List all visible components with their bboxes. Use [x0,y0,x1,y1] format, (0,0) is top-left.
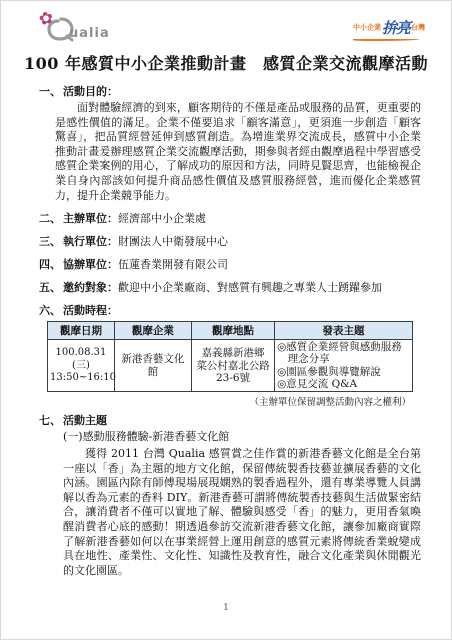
topic-item: ◎感質企業經營與感動服務理念分享 [277,341,410,366]
section-number: 七、 [39,414,63,428]
page-title: 100 年感質中小企業推動計畫 感質企業交流觀摩活動 [11,53,441,75]
theme-subtitle: (一)感動服務體驗-新港香藝文化館 [63,430,421,445]
col-header-date: 觀摩日期 [48,322,115,340]
smea-logo-left-text: 中小企業 [353,23,381,32]
page-number: 1 [1,603,451,613]
col-header-location: 觀摩地點 [191,322,274,340]
header: ✿ ualia 中小企業拚亮台灣 [1,1,451,49]
topic-item: ◎意見交流 Q&A [277,378,410,390]
section-number: 六、 [39,304,63,318]
qualia-logo: ✿ ualia [45,13,110,43]
section-label: 邀約對象： [63,281,118,295]
section-organizer: 二、 主辦單位： 經濟部中小企業處 [39,212,425,226]
section-value: 經濟部中小企業處 [118,212,206,226]
table-note: （主辦單位保留調整活動內容之權利） [1,394,411,408]
cell-topics: ◎感質企業經營與感動服務理念分享 ◎園區參觀與導覽解說 ◎意見交流 Q&A [275,340,413,392]
document-page: ✿ ualia 中小企業拚亮台灣 100 年感質中小企業推動計畫 感質企業交流觀… [0,0,452,640]
cell-date: 100.08.31 (三) 13:50~16:10 [48,340,115,392]
section-label: 活動目的： [63,85,118,99]
schedule-table: 觀摩日期 觀摩企業 觀摩地點 發表主題 100.08.31 (三) 13:50~… [47,321,413,392]
section-number: 一、 [39,85,63,99]
purpose-paragraph: 面對體驗經濟的到來，顧客期待的不僅是產品或服務的品質，更重要的是感性價值的滿足。… [55,101,421,203]
section-number: 三、 [39,235,63,249]
section-label: 執行單位： [63,235,118,249]
section-executor: 三、 執行單位： 財團法人中衛發展中心 [39,235,425,249]
section-value: 伍蓮香業開發有限公司 [118,258,228,272]
section-number: 五、 [39,281,63,295]
section-label: 活動時程： [63,304,118,318]
section-label: 協辦單位： [63,258,118,272]
section-co-organizer: 四、 協辦單位： 伍蓮香業開發有限公司 [39,258,425,272]
flower-icon: ✿ [37,8,55,31]
section-theme-heading: 七、 活動主題 [39,414,425,428]
cell-company: 新港香藝文化館 [114,340,191,392]
section-label: 活動主題 [63,414,107,428]
section-number: 四、 [39,258,63,272]
col-header-topics: 發表主題 [275,322,413,340]
table-header-row: 觀摩日期 觀摩企業 觀摩地點 發表主題 [48,322,413,340]
section-purpose-heading: 一、 活動目的： [39,85,425,99]
qualia-logo-text: ualia [69,26,110,41]
topic-item: ◎園區參觀與導覽解說 [277,366,410,378]
section-value: 財團法人中衛發展中心 [118,235,228,249]
section-label: 主辦單位： [63,212,118,226]
smea-logo-right-text: 台灣 [411,23,425,32]
col-header-company: 觀摩企業 [114,322,191,340]
smea-logo-brush-text: 拚亮 [382,19,410,37]
section-invitees: 五、 邀約對象： 歡迎中小企業廠商、對感質有興趣之專業人士踴躍參加 [39,281,425,295]
cell-location: 嘉義縣新港鄉 菜公村嘉北公路 23-6號 [191,340,274,392]
section-schedule-heading: 六、 活動時程： [39,304,425,318]
section-value: 歡迎中小企業廠商、對感質有興趣之專業人士踴躍參加 [118,281,382,295]
section-number: 二、 [39,212,63,226]
table-row: 100.08.31 (三) 13:50~16:10 新港香藝文化館 嘉義縣新港鄉… [48,340,413,392]
smea-logo: 中小企業拚亮台灣 [353,17,425,42]
theme-paragraph: 獲得 2011 台灣 Qualia 感質賞之佳作賞的新港香藝文化館是全台第一座以… [63,447,421,578]
unit-sections: 二、 主辦單位： 經濟部中小企業處 三、 執行單位： 財團法人中衛發展中心 四、… [1,212,451,318]
